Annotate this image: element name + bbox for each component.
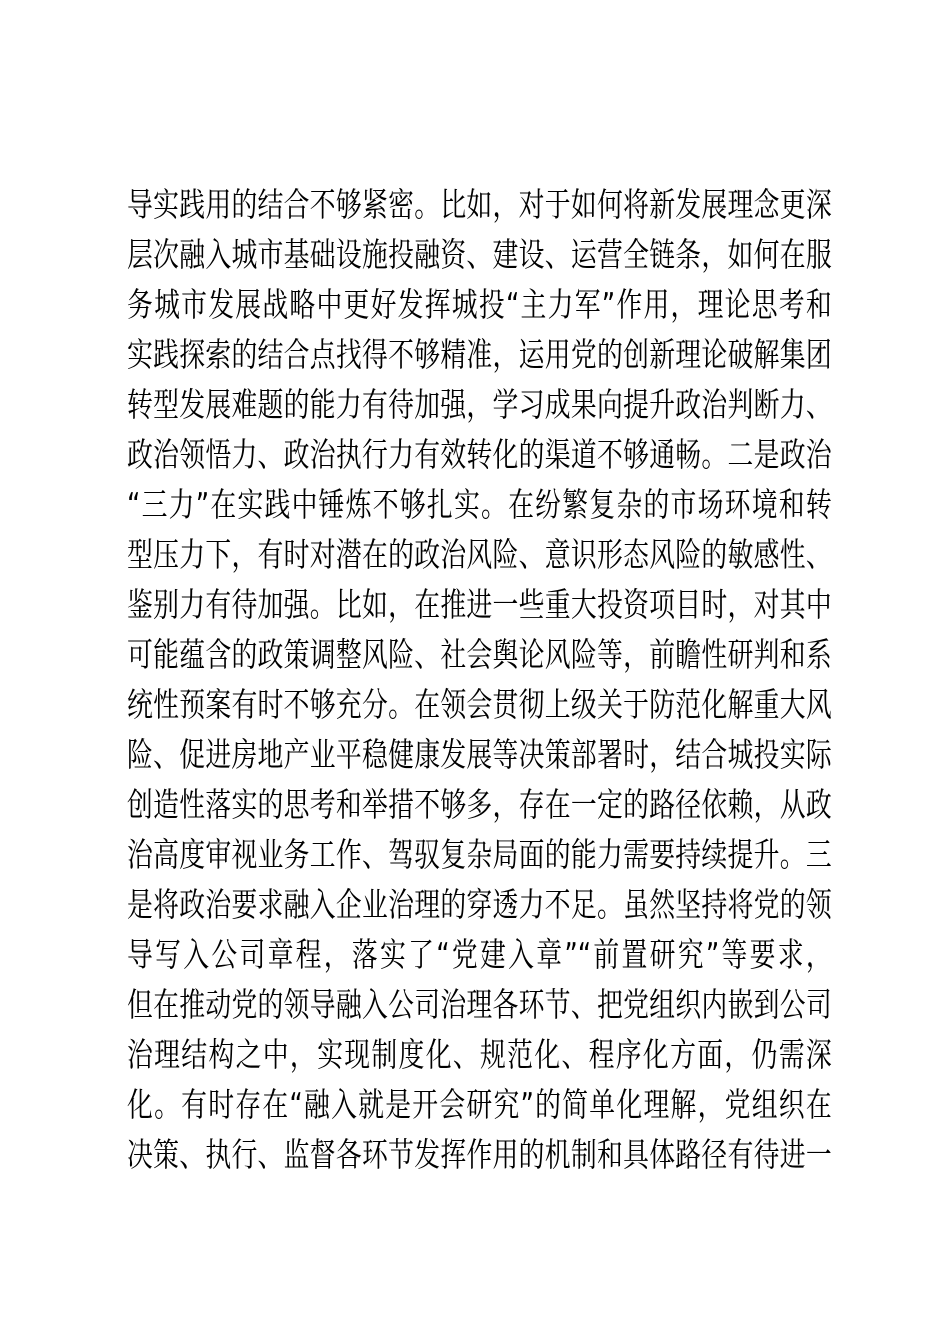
text-line: 导写入公司章程，落实了“党建入章”“前置研究”等要求， (127, 930, 832, 980)
text-line: 治高度审视业务工作、驾驭复杂局面的能力需要持续提升。三 (127, 830, 832, 880)
text-line: 但在推动党的领导融入公司治理各环节、把党组织内嵌到公司 (127, 980, 832, 1030)
text-line: 政治领悟力、政治执行力有效转化的渠道不够通畅。二是政治 (127, 430, 832, 480)
text-line: 统性预案有时不够充分。在领会贯彻上级关于防范化解重大风 (127, 680, 832, 730)
document-text-block: 导实践用的结合不够紧密。比如，对于如何将新发展理念更深 层次融入城市基础设施投融… (127, 180, 832, 1180)
text-line: 型压力下，有时对潜在的政治风险、意识形态风险的敏感性、 (127, 530, 832, 580)
text-line: 创造性落实的思考和举措不够多，存在一定的路径依赖，从政 (127, 780, 832, 830)
text-line: 导实践用的结合不够紧密。比如，对于如何将新发展理念更深 (127, 180, 832, 230)
text-line: 转型发展难题的能力有待加强，学习成果向提升政治判断力、 (127, 380, 832, 430)
text-line: 是将政治要求融入企业治理的穿透力不足。虽然坚持将党的领 (127, 880, 832, 930)
document-page: 导实践用的结合不够紧密。比如，对于如何将新发展理念更深 层次融入城市基础设施投融… (0, 0, 950, 1344)
text-line: 实践探索的结合点找得不够精准，运用党的创新理论破解集团 (127, 330, 832, 380)
text-line: 决策、执行、监督各环节发挥作用的机制和具体路径有待进一 (127, 1130, 832, 1180)
text-line: 化。有时存在“融入就是开会研究”的简单化理解，党组织在 (127, 1080, 832, 1130)
text-line: 鉴别力有待加强。比如，在推进一些重大投资项目时，对其中 (127, 580, 832, 630)
text-line: 治理结构之中，实现制度化、规范化、程序化方面，仍需深 (127, 1030, 832, 1080)
text-line: 务城市发展战略中更好发挥城投“主力军”作用，理论思考和 (127, 280, 832, 330)
text-line: 险、促进房地产业平稳健康发展等决策部署时，结合城投实际 (127, 730, 832, 780)
text-line: 可能蕴含的政策调整风险、社会舆论风险等，前瞻性研判和系 (127, 630, 832, 680)
text-line: “三力”在实践中锤炼不够扎实。在纷繁复杂的市场环境和转 (127, 480, 832, 530)
text-line: 层次融入城市基础设施投融资、建设、运营全链条，如何在服 (127, 230, 832, 280)
